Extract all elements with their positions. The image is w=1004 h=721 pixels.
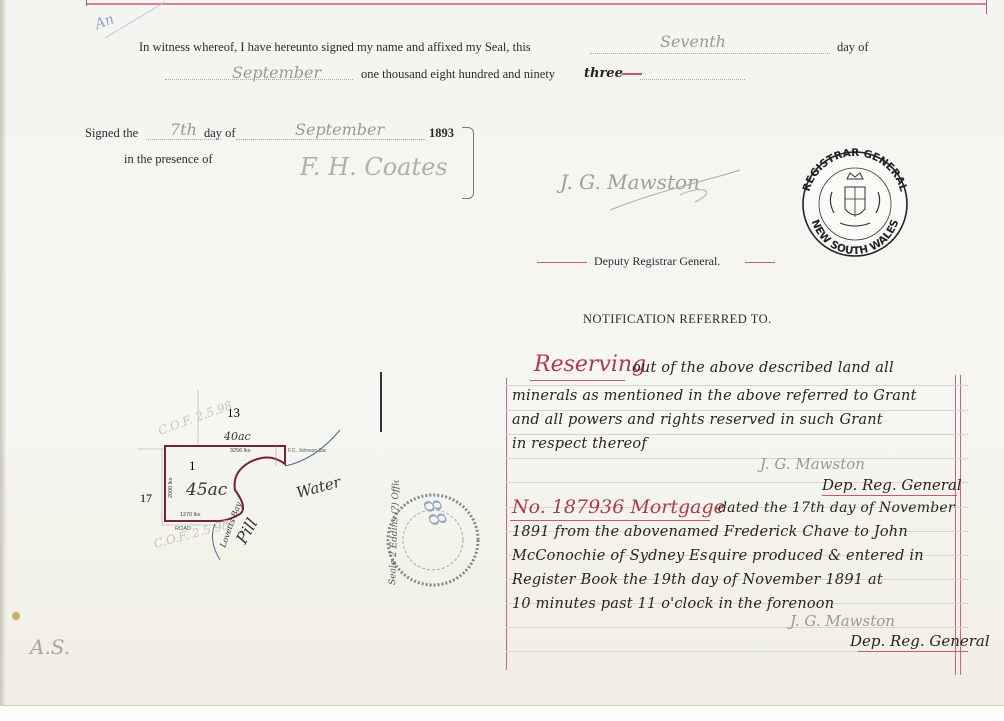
- reservation-line-3: and all powers and rights reserved in su…: [512, 412, 883, 428]
- svg-text:C.O.F. 2.5.98: C.O.F. 2.5.98: [156, 398, 234, 438]
- witness-clause-line2: one thousand eight hundred and ninety: [361, 67, 555, 82]
- office-stamp-icon: Seale 2 Eddins (?) Office 88: [383, 480, 483, 590]
- svg-text:88: 88: [417, 496, 450, 531]
- document-page: [0, 0, 1004, 705]
- mortgage-line-4: Register Book the 19th day of November 1…: [512, 572, 883, 588]
- reservation-title-underline: [822, 495, 957, 496]
- year-word: three: [584, 66, 623, 81]
- mortgage-line-2: 1891 from the abovenamed Frederick Chave…: [512, 524, 908, 540]
- ruled-line: [506, 385, 968, 386]
- paper-stain: [12, 612, 20, 620]
- page-bottom-margin: [0, 705, 1004, 721]
- svg-text:Water: Water: [294, 473, 343, 502]
- day-word: Seventh: [660, 32, 726, 51]
- witness-signature: F. H. Coates: [300, 153, 448, 181]
- mortgage-lead: No. 187936 Mortgage: [512, 496, 725, 518]
- mortgage-underline: [510, 520, 710, 521]
- top-rule-right-tick: [986, 0, 987, 14]
- year-blank: [640, 79, 745, 80]
- vertical-ink-mark: [380, 372, 382, 432]
- ruled-line: [506, 627, 968, 628]
- blue-pencil-stroke: [100, 0, 170, 40]
- day-of-label-2: day of: [204, 126, 236, 141]
- ruled-line: [506, 458, 968, 459]
- presence-label: in the presence of: [124, 152, 213, 167]
- mortgage-title-underline: [858, 651, 968, 652]
- svg-text:2000 lks: 2000 lks: [168, 477, 174, 498]
- signed-day: 7th: [170, 120, 197, 139]
- right-margin-rule-2: [960, 375, 961, 675]
- day-blank: [590, 53, 830, 54]
- svg-text:17: 17: [140, 491, 152, 505]
- mortgage-signature: J. G. Mawston: [790, 612, 895, 630]
- reservation-line-2: minerals as mentioned in the above refer…: [512, 388, 917, 404]
- signed-year: 1893: [429, 126, 454, 141]
- right-margin-rule-1: [955, 375, 956, 675]
- mortgage-line-3: McConochie of Sydney Esquire produced & …: [512, 548, 924, 564]
- month-word: September: [232, 63, 321, 82]
- red-dash: [622, 73, 642, 75]
- deputy-rule-left: [537, 262, 587, 263]
- reservation-line-4: in respect thereof: [512, 436, 647, 452]
- svg-text:45ac: 45ac: [185, 480, 228, 500]
- notification-heading: NOTIFICATION REFERRED TO.: [583, 312, 772, 327]
- ruled-line: [506, 434, 968, 435]
- reserving-underline: [530, 380, 625, 381]
- signed-month: September: [295, 120, 384, 139]
- page-edge: [0, 0, 6, 705]
- reservation-line-1: out of the above described land all: [632, 360, 894, 376]
- top-rule-left-tick: [86, 0, 87, 6]
- ruled-line: [506, 410, 968, 411]
- mortgage-line-1: dated the 17th day of November: [718, 500, 955, 516]
- svg-text:1: 1: [189, 458, 196, 473]
- reserving-lead-word: Reserving: [534, 352, 646, 377]
- svg-text:1270 lks: 1270 lks: [180, 512, 201, 518]
- signature-bracket: [462, 127, 474, 199]
- deputy-rule-right: [745, 262, 775, 263]
- reservation-title: Dep. Reg. General: [822, 476, 962, 494]
- witness-clause-line1: In witness whereof, I have hereunto sign…: [139, 40, 531, 55]
- svg-text:3256 lks: 3256 lks: [230, 448, 251, 454]
- deputy-registrar-title: Deputy Registrar General.: [594, 254, 720, 269]
- top-red-rule: [86, 3, 986, 5]
- signature-flourish: [600, 160, 750, 220]
- signed-the-label: Signed the: [85, 126, 138, 141]
- day-of-label: day of: [837, 40, 869, 55]
- svg-text:F.C. Johnson 8ac: F.C. Johnson 8ac: [288, 448, 327, 454]
- mortgage-title: Dep. Reg. General: [850, 632, 990, 650]
- signed-month-blank: [236, 139, 426, 140]
- mortgage-line-5: 10 minutes past 11 o'clock in the foreno…: [512, 596, 834, 612]
- reservation-signature: J. G. Mawston: [760, 455, 865, 473]
- svg-text:40ac: 40ac: [223, 430, 251, 443]
- registrar-general-seal-icon: REGISTRAR GENERAL NEW SOUTH WALES: [790, 147, 920, 257]
- lot-plan-map: 13 17 1 45ac 40ac 3256 lks 1270 lks 2000…: [120, 390, 360, 570]
- corner-initials-bottom: A.S.: [30, 635, 70, 659]
